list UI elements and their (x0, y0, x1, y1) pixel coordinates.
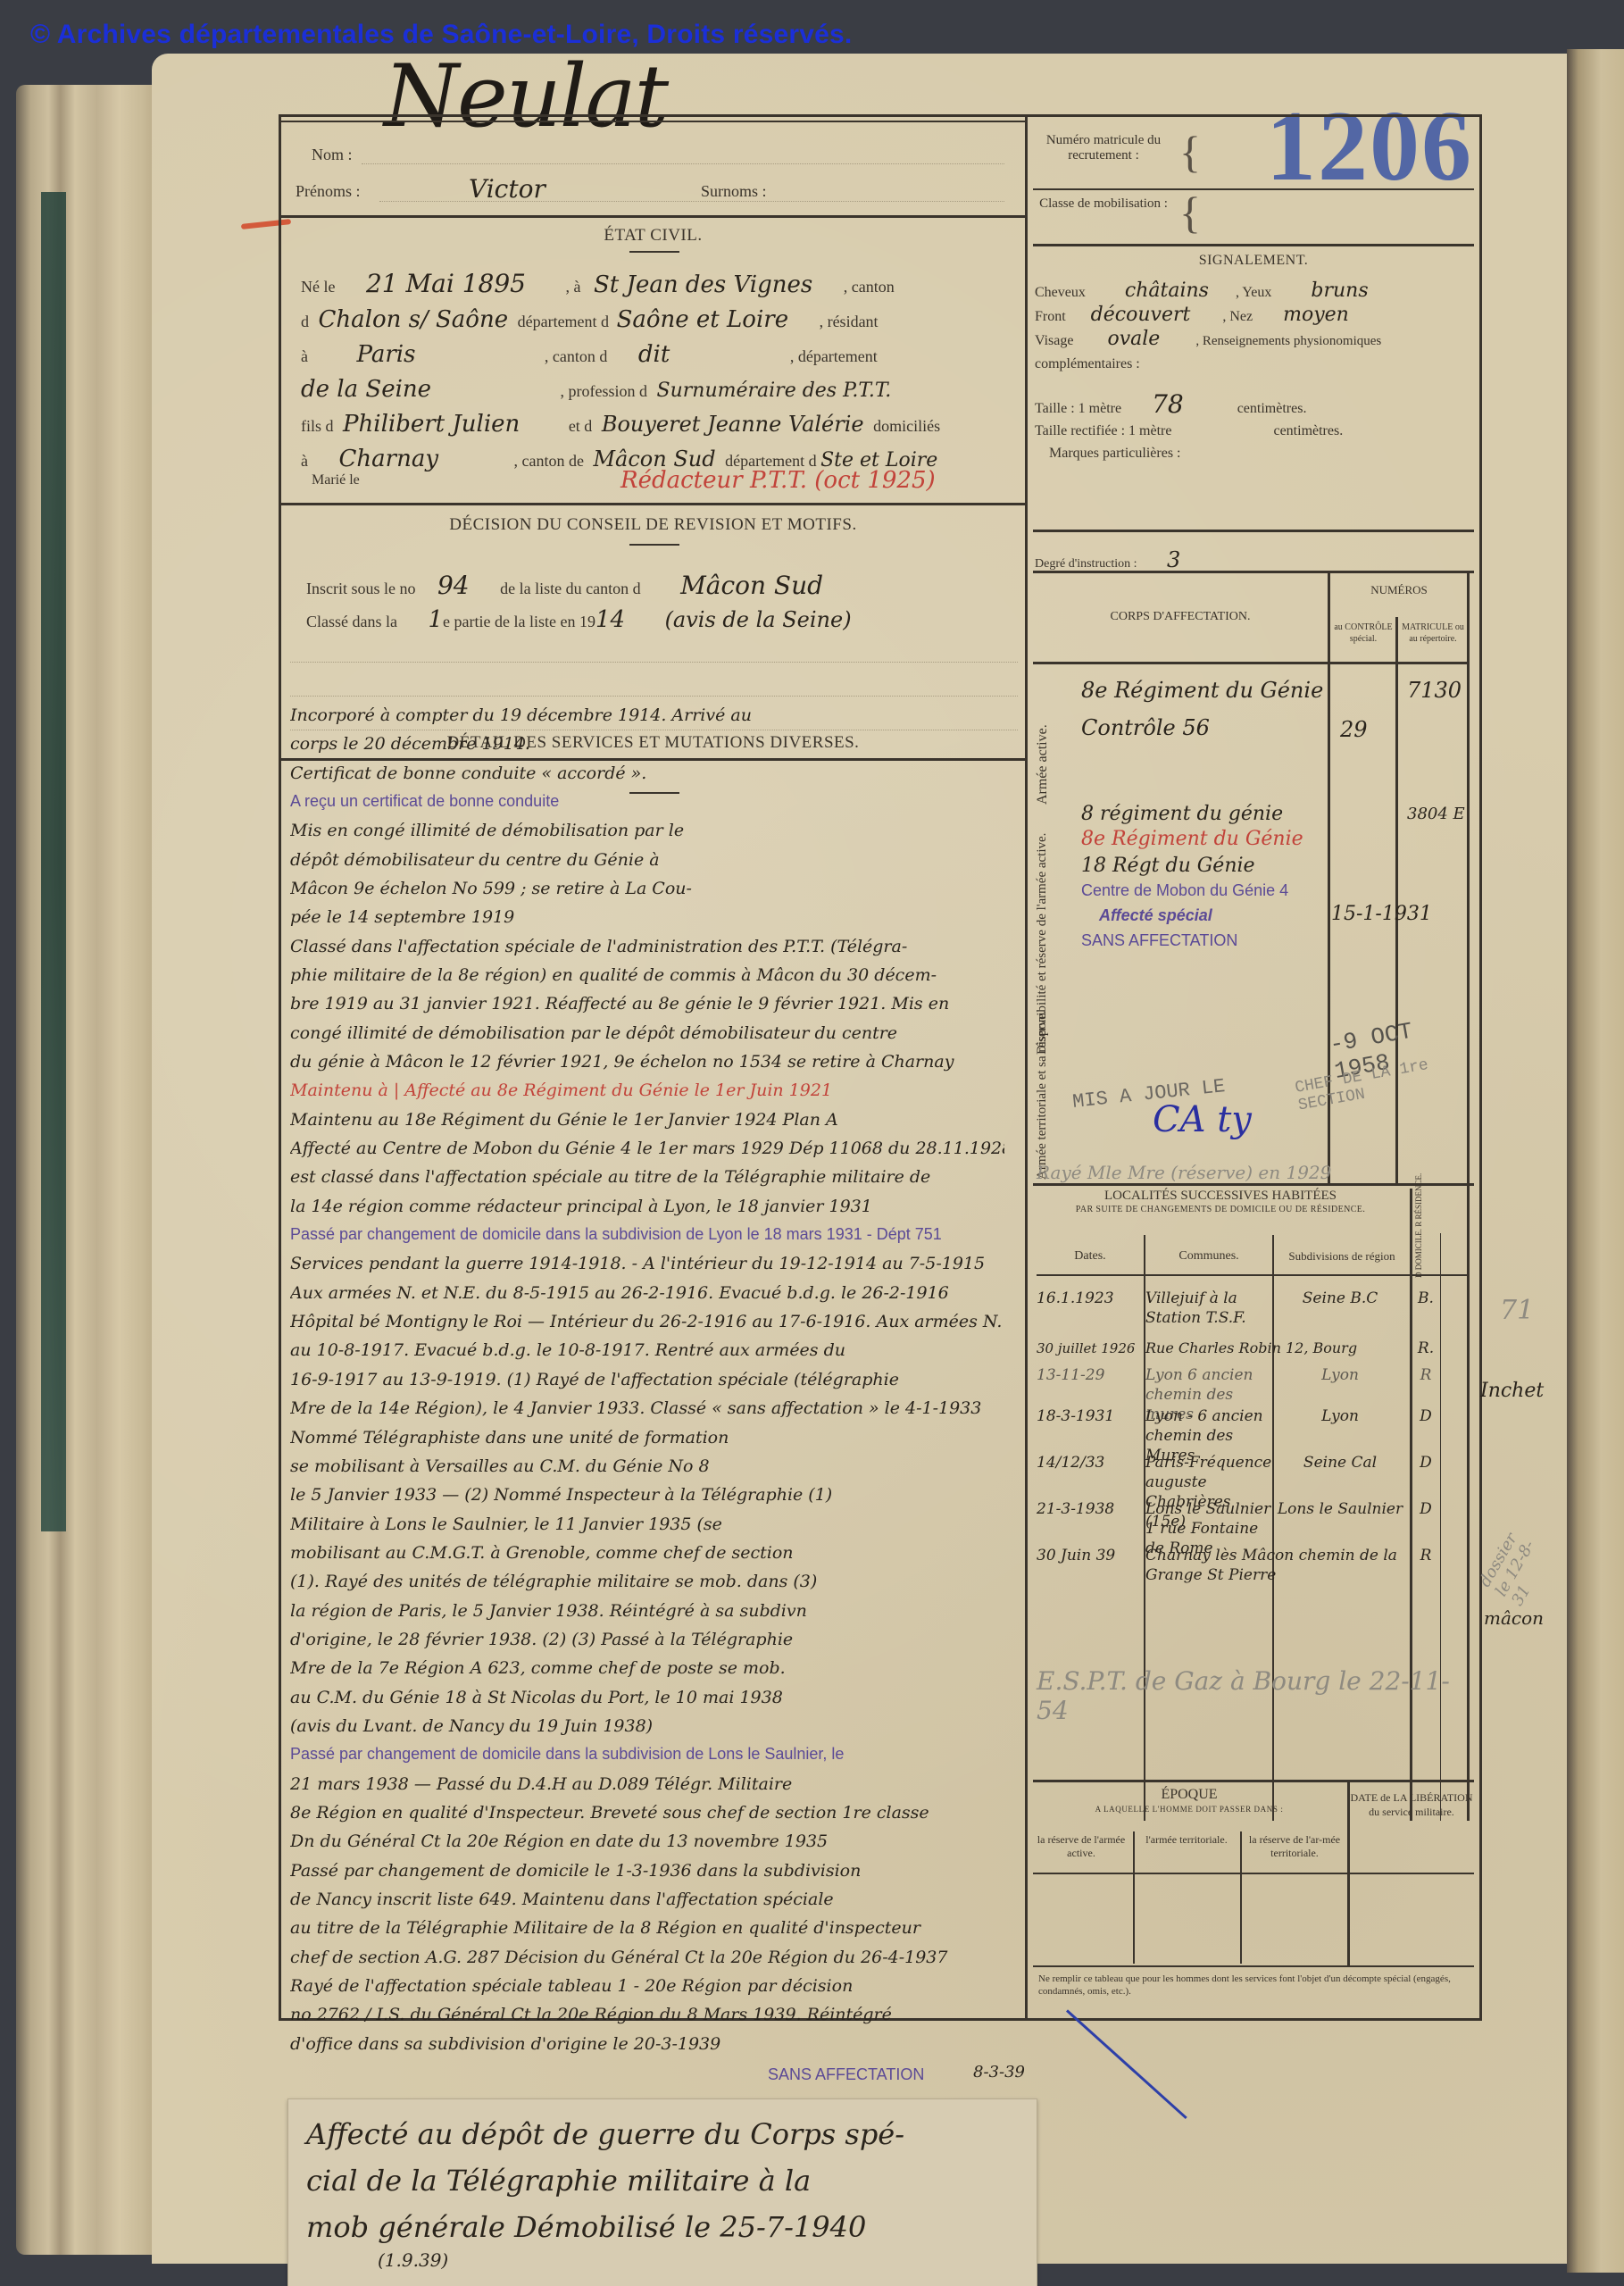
affectation-corps: 8e Régiment du Génie (1081, 678, 1323, 703)
matricule-col-header: MATRICULE ou au répertoire. (1398, 622, 1468, 645)
residence-canton: dit (638, 341, 670, 368)
localite-row: 30 juillet 1926Rue Charles Robin 12, Bou… (1037, 1339, 1465, 1365)
slip-note: (1.9.39) (378, 2249, 448, 2271)
service-line: d'origine, le 28 février 1938. (2) (3) P… (290, 1630, 1004, 1649)
numeros-header: NUMÉROS (1331, 583, 1467, 597)
book-page-edges (16, 85, 163, 2255)
subdivisions-col-header: Subdivisions de région (1274, 1249, 1410, 1264)
margin-note: mâcon (1484, 1607, 1544, 1629)
affectation-corps: Contrôle 56 (1081, 715, 1210, 740)
localite-row: 16.1.1923Villejuif à la Station T.S.F.Se… (1037, 1289, 1465, 1339)
conseil-revision-title: DÉCISION DU CONSEIL DE REVISION ET MOTIF… (281, 515, 1025, 535)
residence: Paris (357, 341, 416, 368)
service-line: Passé par changement de domicile le 1-3-… (290, 1861, 1004, 1881)
birth-department: Saône et Loire (617, 306, 789, 333)
service-line: Mis en congé illimité de démobilisation … (290, 821, 1004, 840)
service-line: Classé dans l'affectation spéciale de l'… (290, 937, 1004, 956)
service-line: 16-9-1917 au 13-9-1919. (1) Rayé de l'af… (290, 1370, 1004, 1389)
epoque-col-reserve-territoriale: la réserve de l'ar-mée territoriale. (1244, 1833, 1345, 1860)
controle-col-header: au CONTRÔLE spécial. (1331, 622, 1395, 645)
service-line: Maintenu au 18e Régiment du Génie le 1er… (290, 1110, 1004, 1130)
service-line: au 10-8-1917. Evacué b.d.g. le 10-8-1917… (290, 1340, 1004, 1360)
canton-value: Mâcon Sud (680, 571, 823, 600)
copyright-watermark: © Archives départementales de Saône-et-L… (30, 20, 852, 50)
face-value: ovale (1107, 328, 1160, 350)
service-line: Affecté au Centre de Mobon du Génie 4 le… (290, 1139, 1004, 1158)
affecte-special-stamp: Affecté spécial (1099, 906, 1212, 925)
prenoms-label: Prénoms : (296, 182, 361, 201)
birth-canton: Chalon s/ Saône (319, 306, 509, 333)
classe-mobilisation-label: Classe de mobilisation : (1037, 196, 1170, 212)
service-line: est classé dans l'affectation spéciale a… (290, 1167, 1004, 1187)
corps-affectation-header: CORPS D'AFFECTATION. (1033, 610, 1328, 624)
date-liberation-header: DATE de LA LIBÉRATION du service militai… (1349, 1790, 1474, 1819)
service-line: au C.M. du Génie 18 à St Nicolas du Port… (290, 1688, 1004, 1707)
birth-place: St Jean des Vignes (594, 271, 812, 298)
dates-col-header: Dates. (1037, 1249, 1144, 1264)
service-line: la 14e région comme rédacteur principal … (290, 1197, 1004, 1216)
etat-civil-title: ÉTAT CIVIL. (281, 226, 1025, 246)
nose-value: moyen (1283, 304, 1349, 326)
territoriale-label: Armée territoriale et sa réserve. (1035, 1037, 1050, 1180)
degre-instruction-label: Degré d'instruction : (1035, 557, 1137, 571)
epoque-col-territoriale: l'armée territoriale. (1137, 1833, 1237, 1847)
mother-name: Bouyeret Jeanne Valérie (602, 412, 864, 437)
epoque-footnote: Ne remplir ce tableau que pour les homme… (1038, 1973, 1467, 1998)
service-line: 8e Région en qualité d'Inspecteur. Breve… (290, 1803, 1004, 1823)
service-line: corps le 20 décembre 1914. (290, 734, 1004, 754)
service-line: Rayé de l'affectation spéciale tableau 1… (290, 1976, 1004, 1996)
service-line: au titre de la Télégraphie Militaire de … (290, 1918, 1004, 1938)
reserve-stamp-centre-mob: Centre de Mobon du Génie 4 (1081, 881, 1288, 900)
service-line: (avis du Lvant. de Nancy du 19 Juin 1938… (290, 1716, 1004, 1736)
service-line: pée le 14 septembre 1919 (290, 907, 1004, 927)
margin-note: 71 (1500, 1295, 1534, 1326)
residence-department: de la Seine (301, 376, 431, 403)
nom-label: Nom : (312, 146, 353, 164)
reserve-matricule: 3804 E (1407, 805, 1465, 823)
classe-annee: 14 (595, 606, 625, 633)
father-name: Philibert Julien (343, 411, 520, 438)
pencil-rayé-note: Rayé Mle Mre (réserve) en 1929 (1037, 1162, 1331, 1183)
ne-le-label: Né le (301, 278, 335, 296)
birth-date: 21 Mai 1895 (366, 269, 526, 298)
service-line: Incorporé à compter du 19 décembre 1914.… (290, 705, 1004, 725)
service-line: chef de section A.G. 287 Décision du Gén… (290, 1948, 1004, 1967)
service-line: Maintenu à | Affecté au 8e Régiment du G… (290, 1080, 1004, 1100)
localite-row: 21-3-1938Lons le Saulnier 1 rue Fontaine… (1037, 1499, 1465, 1546)
hair-value: châtains (1125, 279, 1209, 302)
service-line: de Nancy inscrit liste 649. Maintenu dan… (290, 1890, 1004, 1909)
armee-active-label: Armée active. (1035, 671, 1051, 805)
service-line: la région de Paris, le 5 Janvier 1938. R… (290, 1601, 1004, 1621)
degre-instruction-value: 3 (1167, 547, 1180, 572)
stamp-date: 8-3-39 (973, 2063, 1025, 2082)
service-line: Militaire à Lons le Saulnier, le 11 Janv… (290, 1514, 1004, 1534)
height-value: 78 (1152, 389, 1184, 419)
avis-note: (avis de la Seine) (665, 607, 852, 632)
adjacent-page-edge (1567, 49, 1624, 2273)
service-line: congé illimité de démobilisation par le … (290, 1023, 1004, 1043)
inscrit-number: 94 (437, 571, 470, 600)
slip-line: cial de la Télégraphie militaire à la (306, 2164, 811, 2198)
service-line: Nommé Télégraphiste dans une unité de fo… (290, 1428, 1004, 1448)
service-line: Passé par changement de domicile dans la… (290, 1745, 1004, 1764)
right-column: Numéro matricule du recrutement : { Clas… (1028, 117, 1479, 2018)
profession: Surnuméraire des P.T.T. (657, 380, 892, 402)
classe-label: Classé dans la (306, 613, 397, 630)
service-line: no 2762 / I.S. du Général Ct la 20e Régi… (290, 2005, 1004, 2024)
reserve-date: 15-1-1931 (1331, 903, 1432, 925)
slip-line: mob générale Démobilisé le 25-7-1940 (306, 2210, 866, 2244)
service-line: Mâcon 9e échelon No 599 ; se retire à La… (290, 879, 1004, 898)
slip-line: Affecté au dépôt de guerre du Corps spé- (306, 2117, 904, 2151)
sans-affectation-stamp: SANS AFFECTATION (1081, 931, 1237, 950)
eyes-value: bruns (1311, 279, 1368, 302)
service-line: se mobilisant à Versailles au C.M. du Gé… (290, 1456, 1004, 1476)
signalement-body: Cheveux châtains, Yeux bruns Front décou… (1035, 279, 1477, 464)
localite-row: 13-11-29Lyon 6 ancien chemin des muresLy… (1037, 1365, 1465, 1406)
red-annotation-redacteur: Rédacteur P.T.T. (oct 1925) (620, 467, 936, 494)
forehead-value: découvert (1091, 304, 1191, 326)
marie-label: Marié le (312, 472, 360, 488)
service-line: phie militaire de la 8e région) en quali… (290, 965, 1004, 985)
epoque-subtitle: A LAQUELLE L'HOMME DOIT PASSER DANS : (1033, 1805, 1345, 1814)
surnoms-label: Surnoms : (701, 182, 767, 201)
inscrit-label: Inscrit sous le no (306, 580, 415, 597)
reserve-corps-red: 8e Régiment du Génie (1081, 828, 1303, 850)
localites-rows: 16.1.1923Villejuif à la Station T.S.F.Se… (1037, 1289, 1465, 1592)
localite-row: 14/12/33Paris-Fréquence auguste Chabrièr… (1037, 1453, 1465, 1499)
pasted-slip: Affecté au dépôt de guerre du Corps spé-… (287, 2098, 1037, 2286)
service-line: Certificat de bonne conduite « accordé »… (290, 763, 1004, 783)
service-line: mobilisant au C.M.G.T. à Grenoble, comme… (290, 1543, 1004, 1563)
service-line: (1). Rayé des unités de télégraphie mili… (290, 1572, 1004, 1591)
pencil-esptt-note: E.S.P.T. de Gaz à Bourg le 22-11-54 (1037, 1666, 1456, 1725)
localites-title: LOCALITÉS SUCCESSIVES HABITÉES (1033, 1189, 1408, 1204)
service-line: Passé par changement de domicile dans la… (290, 1225, 1004, 1244)
blue-initials: CA ty (1153, 1099, 1252, 1140)
service-line: A reçu un certificat de bonne conduite (290, 792, 1004, 811)
margin-note: Inchet (1480, 1380, 1544, 1402)
service-line: Aux armées N. et N.E. du 8-5-1915 au 26-… (290, 1283, 1004, 1303)
service-line: Mre de la 7e Région A 623, comme chef de… (290, 1658, 1004, 1678)
matricule-label: Numéro matricule du recrutement : (1037, 133, 1170, 163)
epoque-col-reserve-active: la réserve de l'armée active. (1035, 1833, 1128, 1860)
classe-partie: 1 (428, 606, 443, 633)
sans-affectation-bottom-stamp: SANS AFFECTATION (768, 2065, 924, 2084)
service-line: Mre de la 14e Région), le 4 Janvier 1933… (290, 1398, 1004, 1418)
reserve-corps: 8 régiment du génie (1081, 803, 1283, 825)
service-line: Hôpital bé Montigny le Roi — Intérieur d… (290, 1312, 1004, 1331)
affectation-controle: 29 (1340, 717, 1368, 742)
service-line: du génie à Mâcon le 12 février 1921, 9e … (290, 1052, 1004, 1072)
localite-row: 18-3-1931Lyon - 6 ancien chemin des Mure… (1037, 1406, 1465, 1453)
service-line: bre 1919 au 31 janvier 1921. Réaffecté a… (290, 994, 1004, 1014)
affectation-matricule: 7130 (1407, 678, 1462, 703)
service-line: d'office dans sa subdivision d'origine l… (290, 2034, 1004, 2054)
reserve-corps: 18 Régt du Génie (1081, 855, 1255, 877)
localite-row: 30 Juin 39Charnay lès Mâcon chemin de la… (1037, 1546, 1465, 1592)
etat-civil-body: Né le 21 Mai 1895 , à St Jean des Vignes… (301, 267, 1015, 478)
localites-subtitle: PAR SUITE DE CHANGEMENTS DE DOMICILE OU … (1033, 1205, 1408, 1214)
prenoms-value: Victor (469, 174, 545, 204)
service-line: 21 mars 1938 — Passé du D.4.H au D.089 T… (290, 1774, 1004, 1794)
service-line: Services pendant la guerre 1914-1918. - … (290, 1254, 1004, 1273)
parents-domicile: Charnay (339, 446, 439, 472)
dr-col-header: D DOMICILE. R RÉSIDENCE. (1413, 1206, 1424, 1278)
epoque-title: ÉPOQUE (1033, 1787, 1345, 1803)
service-line: le 5 Janvier 1933 — (2) Nommé Inspecteur… (290, 1485, 1004, 1505)
service-line: dépôt démobilisateur du centre du Génie … (290, 850, 1004, 870)
communes-col-header: Communes. (1145, 1249, 1272, 1264)
signalement-title: SIGNALEMENT. (1028, 253, 1479, 269)
service-line: Dn du Général Ct la 20e Région en date d… (290, 1831, 1004, 1851)
